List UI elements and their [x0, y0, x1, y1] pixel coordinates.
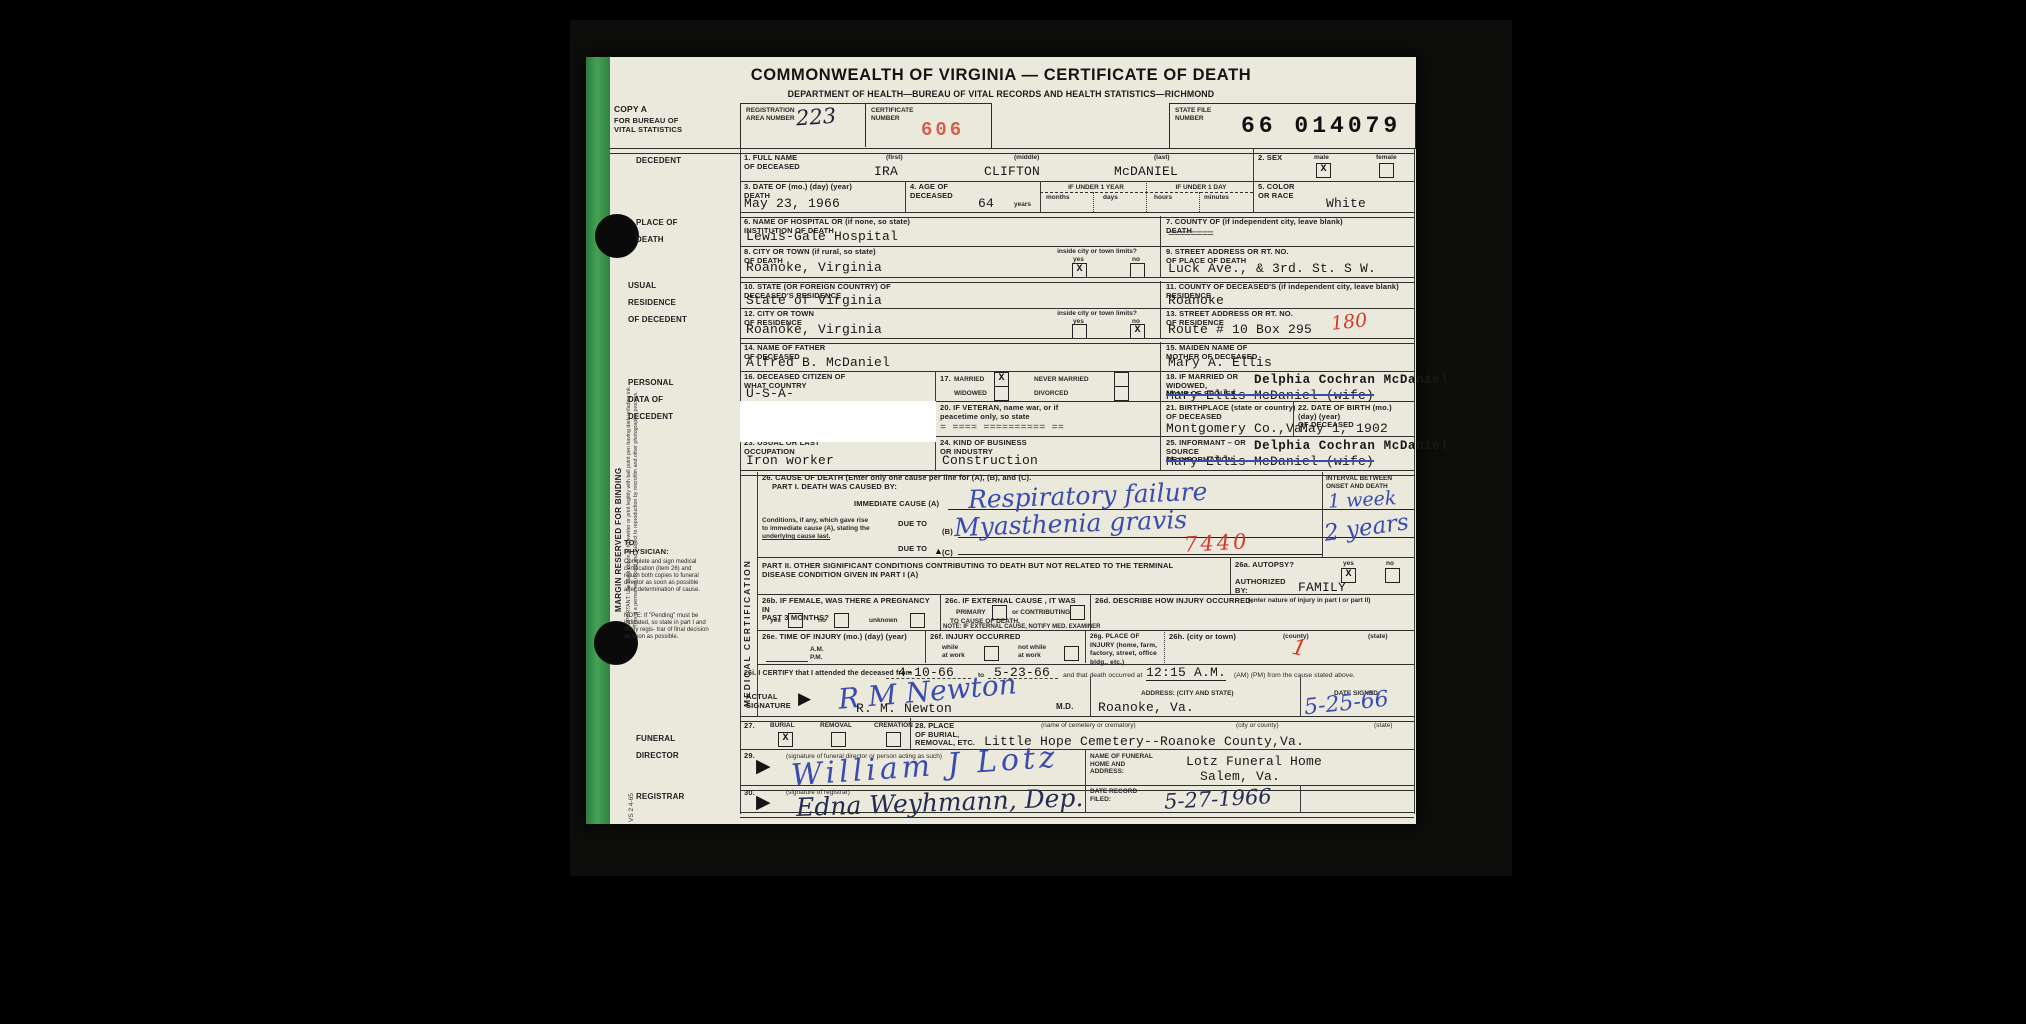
minutes-label: minutes — [1204, 194, 1229, 202]
date-of-death-value: May 23, 1966 — [744, 196, 840, 211]
divider — [1253, 181, 1254, 212]
pregnancy-unknown-checkbox — [910, 613, 925, 628]
field26d-label: 26d. DESCRIBE HOW INJURY OCCURRED. — [1095, 597, 1253, 606]
occurred-label: and that death occurred at — [1063, 672, 1142, 680]
divider — [1090, 594, 1091, 630]
field1-sub-middle: (middle) — [1014, 154, 1039, 162]
limits2-no-checkbox: X — [1130, 324, 1145, 339]
divider — [1199, 192, 1200, 212]
rule — [757, 594, 1414, 595]
city-of-death-value: Roanoke, Virginia — [746, 260, 882, 275]
registration-area-label: REGISTRATION AREA NUMBER — [746, 107, 795, 122]
occupation-value: Iron worker — [746, 453, 834, 468]
margin-label-registrar: REGISTRAR — [636, 793, 684, 802]
field4-label: 4. AGE OF DECEASED — [910, 183, 953, 200]
certificate-subtitle: DEPARTMENT OF HEALTH—BUREAU OF VITAL REC… — [586, 90, 1416, 99]
divider — [1160, 401, 1161, 436]
divider — [1293, 401, 1294, 436]
state-file-label: STATE FILE NUMBER — [1175, 107, 1211, 122]
field21-label: 21. BIRTHPLACE (state or country) OF DEC… — [1166, 404, 1296, 421]
funeral-home-label: NAME OF FUNERAL HOME AND ADDRESS: — [1090, 753, 1153, 776]
never-married-label: NEVER MARRIED — [1034, 376, 1089, 384]
interval-a-handwriting: 1 week — [1327, 487, 1396, 513]
certificate-page: MARGIN RESERVED FOR BINDING IMPORTANT: U… — [586, 57, 1416, 824]
box-divider — [865, 103, 866, 147]
form-left-border — [740, 148, 741, 814]
part2-label: PART II. OTHER SIGNIFICANT CONDITIONS CO… — [762, 562, 1202, 579]
divider — [1160, 281, 1161, 308]
divider — [925, 630, 926, 663]
date-filed-label: DATE RECORD FILED: — [1090, 788, 1137, 803]
color-race-value: White — [1326, 196, 1366, 211]
autopsy-yes-label: yes — [1343, 560, 1354, 568]
rule — [740, 749, 1414, 750]
sex-female-checkbox — [1379, 163, 1394, 178]
field1-label: 1. FULL NAME OF DECEASED — [744, 154, 800, 171]
industry-value: Construction — [942, 453, 1038, 468]
field26c-label: 26c. IF EXTERNAL CAUSE , IT WAS — [945, 597, 1076, 606]
injury-state-label: (state) — [1368, 633, 1388, 641]
hospital-value: Lewis-Gale Hospital — [746, 229, 898, 244]
rule — [757, 664, 1414, 665]
pregnancy-unknown-label: unknown — [869, 617, 898, 625]
authorized-by-label: AUTHORIZED BY: — [1235, 578, 1286, 595]
authorized-by-value: FAMILY — [1298, 580, 1346, 595]
cause-code-red: 7440 — [1183, 529, 1250, 556]
field1-sub-last: (last) — [1154, 154, 1170, 162]
signature-arrow-icon: ▶ — [756, 791, 771, 814]
scanned-death-certificate: MARGIN RESERVED FOR BINDING IMPORTANT: U… — [0, 0, 2026, 1024]
margin-label-usual-residence: USUAL RESIDENCE OF DECEDENT — [628, 282, 687, 325]
limits-question-2: inside city or town limits? — [1041, 310, 1153, 318]
cremation-checkbox — [886, 732, 901, 747]
field29-number: 29. — [744, 752, 755, 761]
part1-label: PART I. DEATH WAS CAUSED BY: — [772, 483, 897, 492]
burial-checkbox: X — [778, 732, 793, 747]
limits2-yes-checkbox — [1072, 324, 1087, 339]
divider — [1085, 630, 1086, 663]
conditions-note-underlined: underlying cause last. — [762, 533, 830, 541]
not-while-at-work-label: not while at work — [1018, 644, 1046, 659]
conditions-note: Conditions, if any, which gave rise to i… — [762, 517, 870, 532]
state-file-number: 66 014079 — [1241, 113, 1401, 139]
field17-number: 17. — [940, 375, 951, 384]
divider — [1160, 371, 1161, 401]
citizen-value: U-S-A- — [746, 386, 794, 401]
burial-label: BURIAL — [770, 722, 795, 730]
divider — [905, 181, 906, 212]
field26d-sub: (enter nature of injury in part I or par… — [1248, 597, 1370, 605]
removal-label: REMOVAL — [820, 722, 852, 730]
field26g-label: 26g. PLACE OF INJURY (home, farm, factor… — [1090, 633, 1162, 667]
margin-label-funeral-director: FUNERAL DIRECTOR — [636, 735, 679, 761]
field26e-label: 26e. TIME OF INJURY (mo.) (day) (year) — [762, 633, 907, 642]
rule — [740, 812, 1414, 818]
rule — [610, 148, 1414, 154]
cremation-label: CREMATION — [874, 722, 913, 730]
divider — [1040, 181, 1041, 212]
cemetery-sub-label: (name of cemetery or crematory) — [1041, 722, 1136, 730]
date-filed-handwriting: 5-27-1966 — [1163, 784, 1272, 814]
autopsy-no-checkbox — [1385, 568, 1400, 583]
contributing-checkbox — [1070, 605, 1085, 620]
divider — [940, 594, 941, 630]
form-number-text: VS 2 4-65 — [628, 737, 635, 822]
copy-for-label: FOR BUREAU OF VITAL STATISTICS — [614, 117, 682, 134]
months-label: months — [1046, 194, 1069, 202]
not-while-at-work-checkbox — [1064, 646, 1079, 661]
veteran-value: = ==== ========== == — [940, 423, 1064, 434]
rule — [757, 557, 1414, 558]
field30-number: 30. — [744, 789, 755, 798]
signature-arrow-icon: ▶ — [798, 689, 811, 709]
field27-number: 27. — [744, 722, 755, 731]
spouse-corrected-value: Delphia Cochran McDaniel — [1254, 373, 1448, 387]
physician-address-label: ADDRESS: (CITY AND STATE) — [1141, 690, 1234, 698]
limits-no-checkbox — [1130, 263, 1145, 278]
divider — [1160, 436, 1161, 470]
hours-label: hours — [1154, 194, 1172, 202]
never-married-checkbox — [1114, 372, 1129, 387]
due-to-label-1: DUE TO — [898, 520, 927, 529]
widowed-label: WIDOWED — [954, 390, 987, 398]
field1-sub-first: (first) — [886, 154, 903, 162]
divorced-checkbox — [1114, 386, 1129, 401]
field26f-label: 26f. INJURY OCCURRED — [930, 633, 1021, 642]
city-county-sub-label: (city or county) — [1236, 722, 1279, 730]
divider — [1160, 308, 1161, 338]
removal-checkbox — [831, 732, 846, 747]
cause-line-c — [958, 554, 1322, 555]
margin-label-decedent: DECEDENT — [636, 157, 681, 166]
certificate-title: COMMONWEALTH OF VIRGINIA — CERTIFICATE O… — [586, 66, 1416, 84]
am-label: A.M. — [810, 646, 824, 654]
line-b-label: (B) — [942, 528, 953, 537]
contributing-label: or CONTRIBUTING — [1012, 609, 1070, 617]
county-residence-value: Roanoke — [1168, 293, 1224, 308]
street-residence-value: Route # 10 Box 295 — [1168, 322, 1312, 337]
divider — [1160, 216, 1161, 246]
limits-yes-checkbox: X — [1072, 263, 1087, 278]
copy-a-label: COPY A — [614, 105, 647, 114]
punch-hole — [595, 214, 639, 258]
divider — [1085, 785, 1086, 812]
divider — [935, 371, 936, 401]
rule — [740, 338, 1414, 344]
pregnancy-no-checkbox — [834, 613, 849, 628]
married-checkbox: X — [994, 372, 1009, 387]
name-first: IRA — [874, 164, 898, 179]
under-1-year-label: IF UNDER 1 YEAR — [1046, 184, 1146, 192]
primary-label: PRIMARY — [956, 609, 986, 617]
divider — [1160, 342, 1161, 371]
age-value: 64 — [978, 196, 994, 211]
father-name-value: Alfred B. McDaniel — [746, 355, 890, 370]
margin-label-to-physician: TO PHYSICIAN: — [624, 539, 669, 556]
divider — [1300, 677, 1301, 716]
street-residence-annotation: 180 — [1330, 309, 1368, 335]
interval-b-handwriting: 2 years — [1323, 509, 1411, 547]
immediate-cause-label: IMMEDIATE CAUSE (A) — [854, 500, 939, 509]
interval-column-divider — [1322, 472, 1323, 557]
field20-label: 20. IF VETERAN, name war, or if peacetim… — [940, 404, 1090, 421]
pregnancy-yes-label: yes — [770, 617, 781, 625]
margin-label-personal-data: PERSONAL DATA OF DECEDENT — [628, 379, 674, 422]
mother-name-value: Mary A. Ellis — [1168, 355, 1272, 370]
rule — [740, 308, 1414, 309]
divider — [1093, 192, 1094, 212]
days-label: days — [1103, 194, 1118, 202]
age-years-label: years — [1014, 201, 1031, 209]
form-right-border — [1414, 148, 1415, 814]
certificate-number-stamp: 606 — [921, 119, 964, 141]
pointer-triangle: ▲ — [934, 546, 943, 556]
limits-question: inside city or town limits? — [1041, 248, 1153, 256]
state-residence-value: State of Virginia — [746, 293, 882, 308]
sex-male-checkbox: X — [1316, 163, 1331, 178]
autopsy-no-label: no — [1386, 560, 1394, 568]
margin-binding-text: MARGIN RESERVED FOR BINDING — [614, 312, 623, 612]
margin-label-place-of-death: PLACE OF DEATH — [636, 219, 678, 245]
divider — [1146, 181, 1147, 212]
date-of-birth-value: May 1, 1902 — [1300, 421, 1388, 436]
divider — [1090, 677, 1091, 716]
birthplace-value: Montgomery Co.,Va. — [1166, 421, 1310, 436]
divider — [1230, 557, 1231, 594]
field26a-label: 26a. AUTOPSY? — [1235, 561, 1294, 570]
funeral-home-city: Salem, Va. — [1200, 769, 1280, 784]
name-middle: CLIFTON — [984, 164, 1040, 179]
pregnancy-no-label: no — [818, 617, 826, 625]
margin-note-to-physician: Complete and sign medical certification … — [624, 559, 708, 594]
signature-arrow-icon: ▶ — [756, 755, 771, 778]
married-label: MARRIED — [954, 376, 984, 384]
md-label: M.D. — [1056, 703, 1074, 712]
state-sub-label: (state) — [1374, 722, 1392, 730]
field2-label: 2. SEX — [1258, 154, 1282, 163]
actual-signature-label: ACTUAL SIGNATURE — [746, 693, 791, 710]
physician-typed-name: R. M. Newton — [856, 701, 952, 716]
green-binding-stripe — [586, 57, 610, 824]
under-1-day-label: IF UNDER 1 DAY — [1153, 184, 1249, 192]
county-of-death-value: ======== — [1168, 229, 1213, 241]
informant-corrected-value: Delphia Cochran McDaniel — [1254, 439, 1448, 453]
divider — [1085, 749, 1086, 785]
field28-label: 28. PLACE OF BURIAL, REMOVAL, ETC. — [915, 722, 975, 748]
divider — [1164, 630, 1165, 663]
divorced-label: DIVORCED — [1034, 390, 1068, 398]
street-of-death-value: Luck Ave., & 3rd. St. S W. — [1168, 261, 1376, 276]
sex-male-label: male — [1314, 154, 1329, 162]
informant-struck-value: Mary Ellis McDaniel (wife) — [1166, 454, 1374, 469]
divider — [910, 718, 911, 749]
certify-tail: (AM) (PM) from the cause stated above. — [1234, 672, 1355, 680]
name-last: McDANIEL — [1114, 164, 1178, 179]
death-time-value: 12:15 A.M. — [1146, 665, 1226, 681]
margin-note-pending: NOTE: If "Pending" must be indicated, so… — [624, 613, 710, 641]
divider — [1300, 785, 1301, 812]
physician-address-value: Roanoke, Va. — [1098, 700, 1194, 715]
sex-female-label: female — [1376, 154, 1397, 162]
divider — [1160, 246, 1161, 277]
redaction-box — [740, 401, 936, 442]
pm-label: P.M. — [810, 654, 823, 662]
registration-area-value: 223 — [795, 104, 837, 131]
time-blank-line — [766, 661, 808, 662]
due-to-label-2: DUE TO — [898, 545, 927, 554]
pregnancy-yes-checkbox — [788, 613, 803, 628]
field5-label: 5. COLOR OR RACE — [1258, 183, 1295, 200]
widowed-checkbox — [994, 386, 1009, 401]
certificate-number-label: CERTIFICATE NUMBER — [871, 107, 914, 122]
field26h-label: 26h. (city or town) — [1169, 633, 1236, 642]
while-at-work-checkbox — [984, 646, 999, 661]
city-residence-value: Roanoke, Virginia — [746, 322, 882, 337]
funeral-home-name: Lotz Funeral Home — [1186, 754, 1322, 769]
while-at-work-label: while at work — [942, 644, 965, 659]
